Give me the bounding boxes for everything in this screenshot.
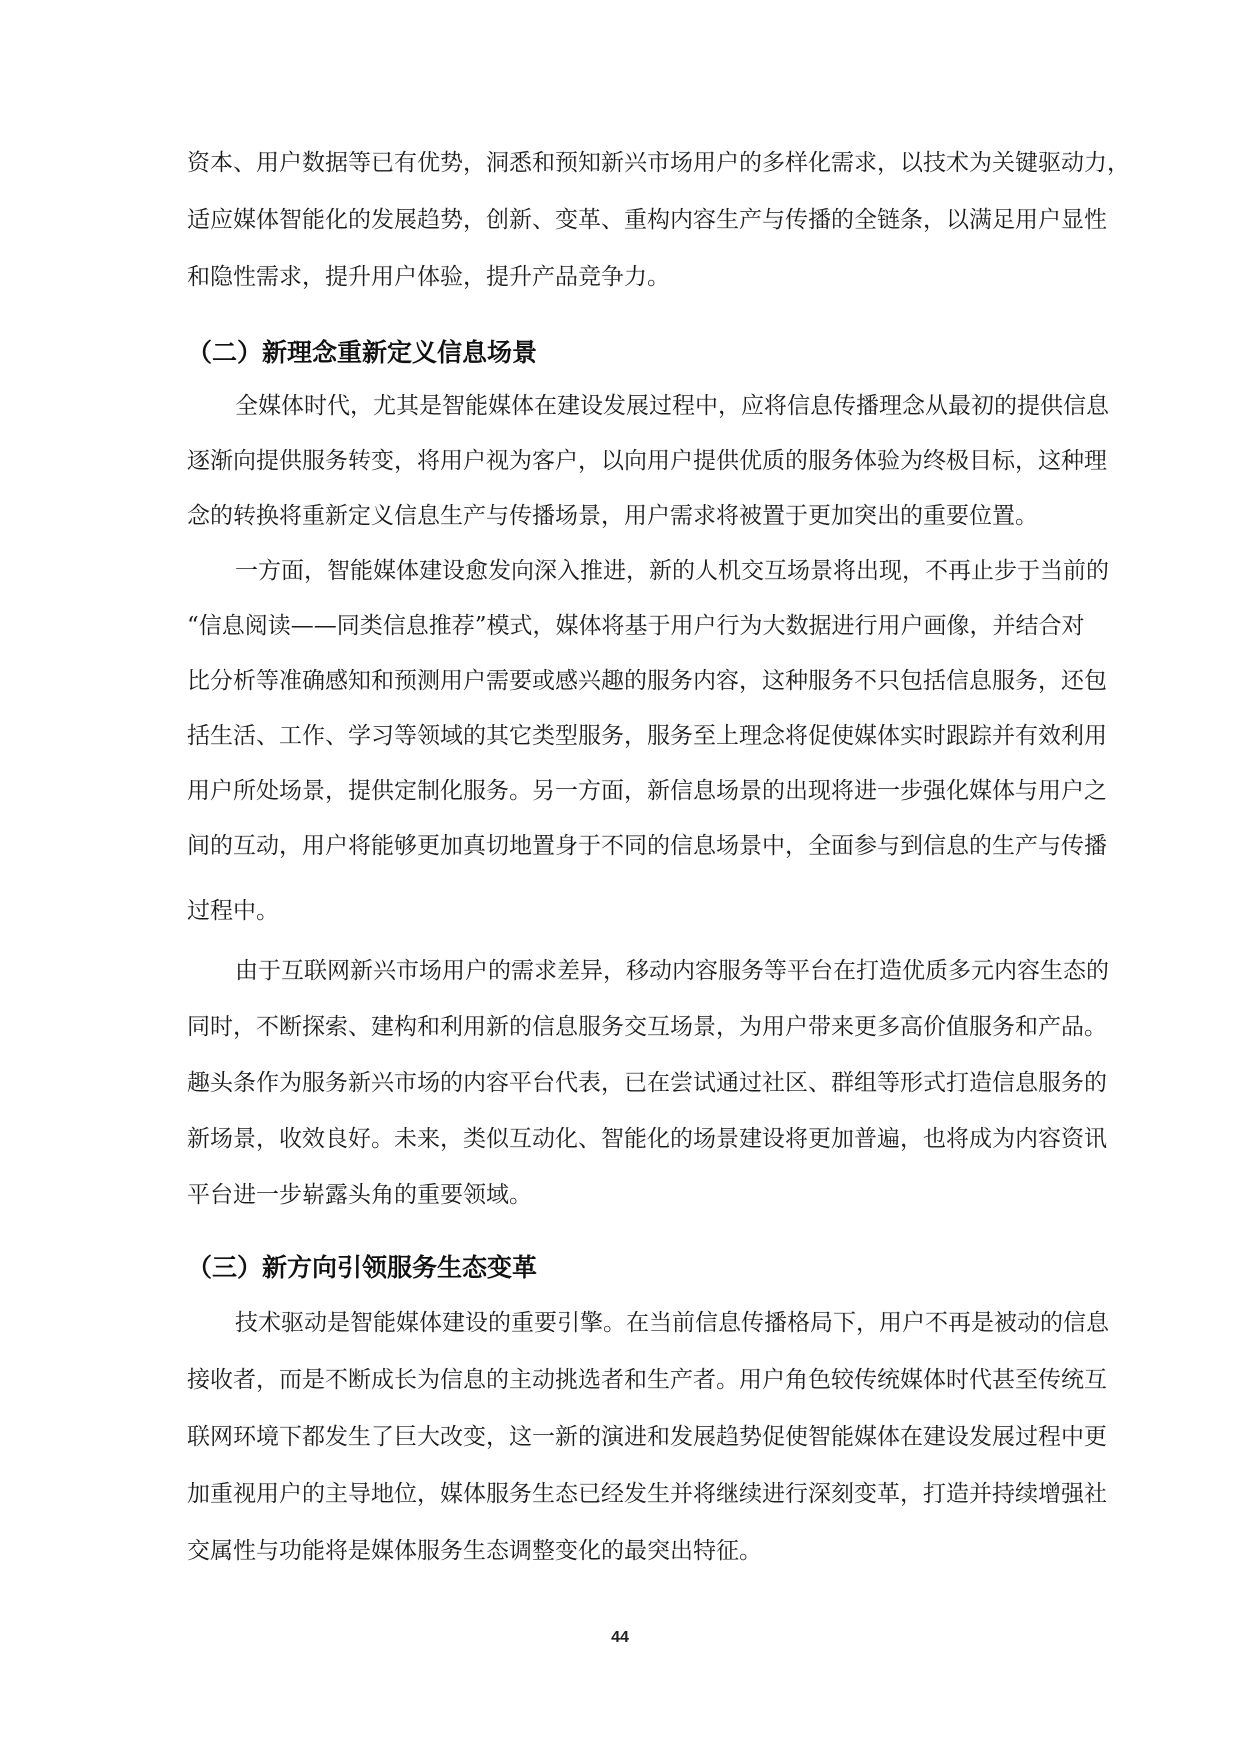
paragraph-line: 间的互动，用户将能够更加真切地置身于不同的信息场景中，全面参与到信息的生产与传播 — [187, 819, 1053, 874]
paragraph-line: 由于互联网新兴市场用户的需求差异，移动内容服务等平台在打造优质多元内容生态的 — [187, 943, 1053, 999]
paragraph-line: 和隐性需求，提升用户体验，提升产品竞争力。 — [187, 249, 1053, 306]
paragraph-line: 过程中。 — [187, 884, 1053, 939]
page-number: 44 — [0, 1627, 1240, 1649]
paragraph-intro-continuation: 资本、用户数据等已有优势，洞悉和预知新兴市场用户的多样化需求，以技术为关键驱动力… — [187, 135, 1053, 306]
paragraph-line: 念的转换将重新定义信息生产与传播场景，用户需求将被置于更加突出的重要位置。 — [187, 489, 1053, 544]
section-heading-2: （二）新理念重新定义信息场景 — [187, 333, 537, 373]
paragraph-line: 趣头条作为服务新兴市场的内容平台代表，已在尝试通过社区、群组等形式打造信息服务的 — [187, 1055, 1053, 1111]
paragraph-line: 适应媒体智能化的发展趋势，创新、变革、重构内容生产与传播的全链条，以满足用户显性 — [187, 192, 1053, 249]
paragraph-section2-1: 全媒体时代，尤其是智能媒体在建设发展过程中，应将信息传播理念从最初的提供信息 逐… — [187, 379, 1053, 544]
paragraph-line: 交属性与功能将是媒体服务生态调整变化的最突出特征。 — [187, 1523, 1053, 1580]
paragraph-line: 接收者，而是不断成长为信息的主动挑选者和生产者。用户角色较传统媒体时代甚至传统互 — [187, 1352, 1053, 1409]
paragraph-line: 全媒体时代，尤其是智能媒体在建设发展过程中，应将信息传播理念从最初的提供信息 — [187, 379, 1053, 434]
paragraph-line: 资本、用户数据等已有优势，洞悉和预知新兴市场用户的多样化需求，以技术为关键驱动力… — [187, 135, 1053, 192]
paragraph-line: 逐渐向提供服务转变，将用户视为客户，以向用户提供优质的服务体验为终极目标，这种理 — [187, 434, 1053, 489]
paragraph-line: 用户所处场景，提供定制化服务。另一方面，新信息场景的出现将进一步强化媒体与用户之 — [187, 764, 1053, 819]
paragraph-line: 加重视用户的主导地位，媒体服务生态已经发生并将继续进行深刻变革，打造并持续增强社 — [187, 1466, 1053, 1523]
paragraph-line: 括生活、工作、学习等领域的其它类型服务，服务至上理念将促使媒体实时跟踪并有效利用 — [187, 709, 1053, 764]
paragraph-section2-3: 由于互联网新兴市场用户的需求差异，移动内容服务等平台在打造优质多元内容生态的 同… — [187, 943, 1053, 1223]
paragraph-line: 平台进一步崭露头角的重要领域。 — [187, 1167, 1053, 1223]
paragraph-line: 联网环境下都发生了巨大改变，这一新的演进和发展趋势促使智能媒体在建设发展过程中更 — [187, 1409, 1053, 1466]
paragraph-line: 一方面，智能媒体建设愈发向深入推进，新的人机交互场景将出现，不再止步于当前的 — [187, 544, 1053, 599]
paragraph-line: 新场景，收效良好。未来，类似互动化、智能化的场景建设将更加普遍，也将成为内容资讯 — [187, 1111, 1053, 1167]
document-page: 资本、用户数据等已有优势，洞悉和预知新兴市场用户的多样化需求，以技术为关键驱动力… — [0, 0, 1240, 1754]
paragraph-line: 同时，不断探索、建构和利用新的信息服务交互场景，为用户带来更多高价值服务和产品。 — [187, 999, 1053, 1055]
section-heading-3: （三）新方向引领服务生态变革 — [187, 1248, 537, 1288]
paragraph-section2-2: 一方面，智能媒体建设愈发向深入推进，新的人机交互场景将出现，不再止步于当前的 “… — [187, 544, 1053, 939]
paragraph-line: “信息阅读——同类信息推荐”模式，媒体将基于用户行为大数据进行用户画像，并结合对 — [187, 599, 1053, 654]
paragraph-section3-1: 技术驱动是智能媒体建设的重要引擎。在当前信息传播格局下，用户不再是被动的信息 接… — [187, 1295, 1053, 1580]
paragraph-line: 比分析等准确感知和预测用户需要或感兴趣的服务内容，这种服务不只包括信息服务，还包 — [187, 654, 1053, 709]
paragraph-line: 技术驱动是智能媒体建设的重要引擎。在当前信息传播格局下，用户不再是被动的信息 — [187, 1295, 1053, 1352]
